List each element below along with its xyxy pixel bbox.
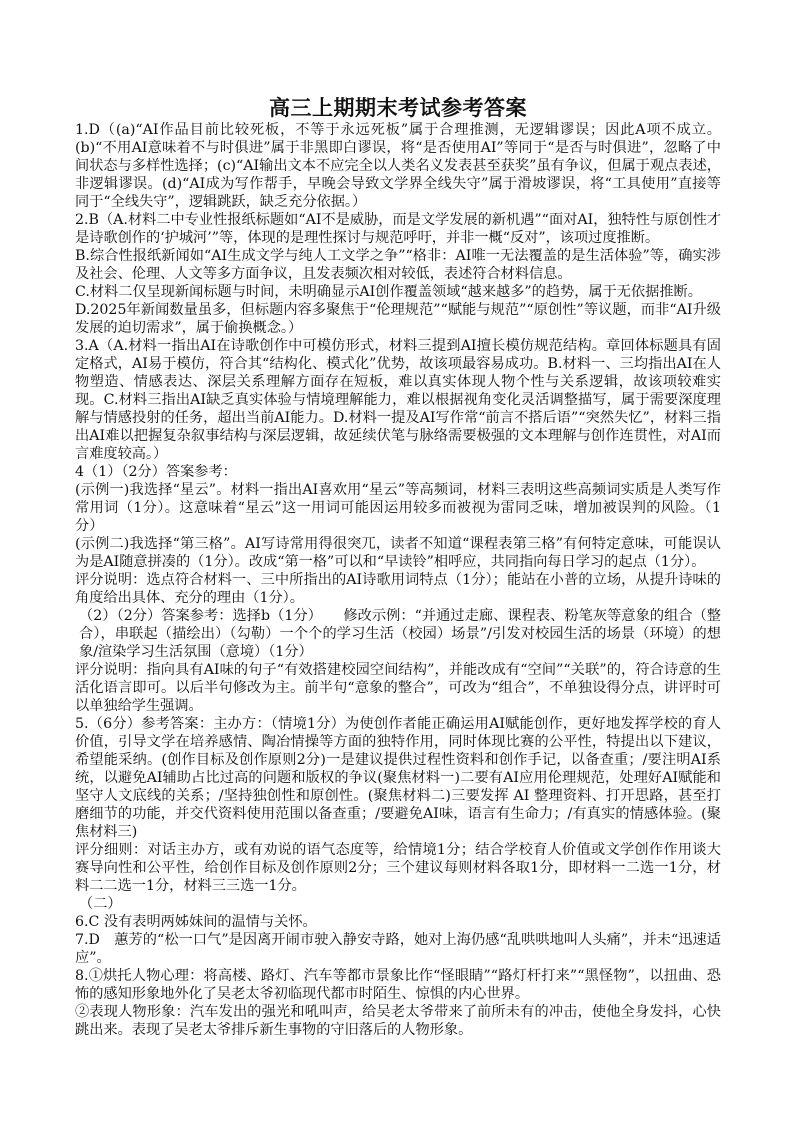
- answer-q2-option-c: C.材料二仅呈现新闻标题与时间，未明确显示AI创作覆盖领域“越来越多”的趋势，属…: [75, 283, 721, 301]
- answer-q1: 1.D（(a)“AI作品目前比较死板，不等于永远死板”属于合理推测，无逻辑谬误；…: [75, 121, 721, 211]
- answer-q5-scoring: 评分细则：对话主办方，或有劝说的语气态度等，给情境1分；结合学校育人价值或文学创…: [75, 841, 721, 895]
- answer-q4-part1-scoring: 评分说明：选点符合材料一、三中所指出的AI诗歌用词特点（1分）；能站在小普的立场…: [75, 571, 721, 607]
- answer-q2-option-d: D.2025年新闻数量虽多，但标题内容多聚焦于“伦理规范”“赋能与规范”“原创性…: [75, 301, 721, 337]
- answer-q2-option-a: 2.B（A.材料二中专业性报纸标题如“AI不是威胁，而是文学发展的新机遇”“面对…: [75, 211, 721, 247]
- answer-q5: 5.（6分）参考答案：主办方：（情境1分）为使创作者能正确运用AI赋能创作，更好…: [75, 715, 721, 841]
- document-title: 高三上期期末考试参考答案: [75, 96, 721, 120]
- answer-q2-option-b: B.综合性报纸新闻如“AI生成文学与纯人工文学之争”“格非：AI唯一无法覆盖的是…: [75, 247, 721, 283]
- answer-q4-example1: (示例一)我选择“星云”。材料一指出AI喜欢用“星云”等高频词，材料三表明这些高…: [75, 481, 721, 535]
- answer-document: 高三上期期末考试参考答案 1.D（(a)“AI作品目前比较死板，不等于永远死板”…: [75, 96, 721, 1039]
- answer-q6: 6.C 没有表明两姊妹间的温情与关怀。: [75, 913, 721, 931]
- answer-q8-point1: 8.①烘托人物心理：将高楼、路灯、汽车等都市景象比作“怪眼睛”“路灯杆打来”“黑…: [75, 967, 721, 1003]
- answer-q4-part2-scoring: 评分说明：指向具有AI味的句子“有效搭建校园空间结构”，并能改成有“空间”“关联…: [75, 661, 721, 715]
- answer-q7: 7.D 蕙芳的“松一口气”是因离开闹市驶入静安寺路，她对上海仍感“乱哄哄地叫人头…: [75, 931, 721, 967]
- answer-q4-example2: (示例二)我选择“第三格”。AI写诗常用得很突兀，读者不知道“课程表第三格”有何…: [75, 535, 721, 571]
- section-heading-2: （二）: [75, 895, 721, 913]
- answer-q3: 3.A（A.材料一指出AI在诗歌创作中可模仿形式，材料三提到AI擅长模仿规范结构…: [75, 337, 721, 463]
- answer-q4-part1-heading: 4（1）（2分）答案参考：: [75, 463, 721, 481]
- answer-q4-part2: （2）（2分）答案参考：选择b（1分） 修改示例：“并通过走廊、课程表、粉笔灰等…: [75, 607, 721, 661]
- answer-q8-point2: ②表现人物形象：汽车发出的强光和吼叫声，给吴老太爷带来了前所未有的冲击，使他全身…: [75, 1003, 721, 1039]
